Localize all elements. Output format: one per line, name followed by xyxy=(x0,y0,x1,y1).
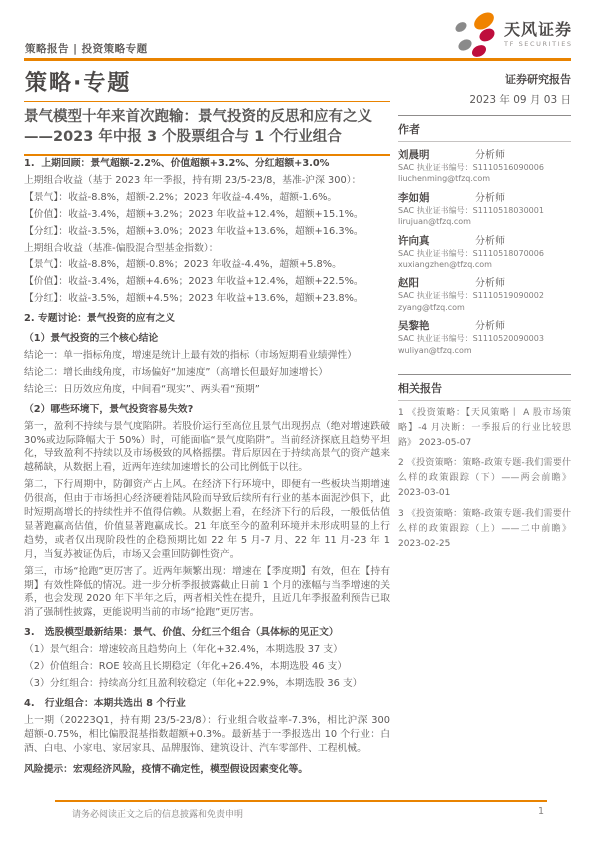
body-paragraph: （3）分红组合：持续高分红且盈利较稳定（年化+22.9%，本期选股 36 支） xyxy=(24,677,390,691)
author-name: 许向真 xyxy=(398,233,475,248)
section-heading: 3. 选股模型最新结果：景气、价值、分红三个组合（具体标的见正文） xyxy=(24,626,390,640)
section-heading: 1. 上期回顾：景气超额-2.2%、价值超额+3.2%、分红超额+3.0% xyxy=(24,157,390,171)
author-email: zyang@tfzq.com xyxy=(398,303,571,313)
body-paragraph: （1）景气组合：增速较高且趋势向上（年化+32.4%，本期选股 37 支） xyxy=(24,643,390,657)
tf-securities-logo: 天风证券 TF SECURITIES xyxy=(453,11,573,58)
report-date: 2023 年 09 月 03 日 xyxy=(398,92,571,107)
body-paragraph: 结论一：单一指标角度，增速是统计上最有效的指标（市场短期看业绩弹性） xyxy=(24,349,390,363)
page-number: 1 xyxy=(538,806,544,817)
related-report-index: 3 xyxy=(398,509,404,519)
body-paragraph: 【分红】：收益-3.5%，超额+4.5%；2023 年收益+13.6%，超额+2… xyxy=(24,292,390,306)
header-rule xyxy=(24,58,571,61)
author-sac: SAC 执业证书编号：S1110516090006 xyxy=(398,163,571,173)
authors-label: 作者 xyxy=(398,116,571,141)
body-paragraph: 第三，市场“抢跑”更厉害了。近两年频繁出现：增速在【季度期】有效，但在【持有期】… xyxy=(24,565,390,621)
author-sac: SAC 执业证书编号：S1110518030001 xyxy=(398,206,571,216)
section-heading: 4. 行业组合：本期共选出 8 个行业 xyxy=(24,697,390,711)
footer-rule xyxy=(55,800,547,802)
related-report-item: 3 《投资策略：策略-政策专题-我们需要什么样的政策跟踪（上）——二中前瞻》 2… xyxy=(398,507,571,552)
related-report-index: 2 xyxy=(398,458,404,468)
report-title: 景气模型十年来首次跑输：景气投资的反思和应有之义——2023 年中报 3 个股票… xyxy=(24,101,390,156)
author-email: lirujuan@tfzq.com xyxy=(398,217,571,227)
author-sac: SAC 执业证书编号：S1110518070006 xyxy=(398,249,571,259)
body-paragraph: 【价值】：收益-3.4%，超额+3.2%；2023 年收益+12.4%，超额+1… xyxy=(24,208,390,222)
author-role: 分析师 xyxy=(475,317,505,332)
body-paragraph: 上一期（20223Q1，持有期 23/5-23/8）：行业组合收益率-7.3%，… xyxy=(24,714,390,756)
author-role: 分析师 xyxy=(475,274,505,289)
section-heading: 2. 专题讨论：景气投资的应有之义 xyxy=(24,312,390,326)
brand-name: 天风证券 xyxy=(504,21,573,39)
report-sidebar: 证券研究报告 2023 年 09 月 03 日 作者 刘晨明 分析师 SAC 执… xyxy=(398,71,571,552)
body-paragraph: 【价值】：收益-3.4%，超额+4.6%；2023 年收益+12.4%，超额+2… xyxy=(24,275,390,289)
related-report-index: 1 xyxy=(398,408,404,418)
author-entry: 吴黎艳 分析师 SAC 执业证书编号：S1110520090003 wuliya… xyxy=(398,317,571,356)
author-entry: 赵阳 分析师 SAC 执业证书编号：S1110519090002 zyang@t… xyxy=(398,274,571,313)
sub-heading: （1）景气投资的三个核心结论 xyxy=(24,332,390,346)
author-entry: 刘晨明 分析师 SAC 执业证书编号：S1110516090006 liuche… xyxy=(398,146,571,185)
author-entry: 许向真 分析师 SAC 执业证书编号：S1110518070006 xuxian… xyxy=(398,232,571,271)
footer-disclaimer: 请务必阅读正文之后的信息披露和免责申明 xyxy=(72,807,243,820)
body-paragraph: 第二，下行周期中，防御资产占上风。在经济下行环境中，即便有一些板块当期增速仍很高… xyxy=(24,478,390,561)
author-sac: SAC 执业证书编号：S1110519090002 xyxy=(398,291,571,301)
sidebar-divider xyxy=(398,141,571,142)
body-paragraph: 结论二：增长曲线角度，市场偏好“加速度”（高增长但最好加速增长） xyxy=(24,366,390,380)
report-summary: 1. 上期回顾：景气超额-2.2%、价值超额+3.2%、分红超额+3.0% 上期… xyxy=(24,151,390,779)
related-reports-label: 相关报告 xyxy=(398,375,571,400)
author-email: wuliyan@tfzq.com xyxy=(398,346,571,356)
author-name: 赵阳 xyxy=(398,275,475,290)
related-report-title: 《投资策略：策略-政策专题-我们需要什么样的政策跟踪（下）——两会前瞻》 xyxy=(398,458,571,483)
author-role: 分析师 xyxy=(475,146,505,161)
author-email: liuchenming@tfzq.com xyxy=(398,174,571,184)
author-name: 刘晨明 xyxy=(398,147,475,162)
related-report-item: 2 《投资策略：策略-政策专题-我们需要什么样的政策跟踪（下）——两会前瞻》 2… xyxy=(398,456,571,501)
related-report-item: 1 《投资策略：【天风策略丨 A 股市场策略】-4 月决断：一季报后的行业比较思… xyxy=(398,406,571,451)
page-title: 策略·专题 xyxy=(25,66,131,97)
report-type-label: 证券研究报告 xyxy=(398,71,571,87)
body-paragraph: 上期组合收益（基于 2023 年一季报，持有期 23/5-23/8，基准-沪深 … xyxy=(24,174,390,188)
author-email: xuxiangzhen@tfzq.com xyxy=(398,260,571,270)
risk-warning: 风险提示：宏观经济风险，疫情不确定性，模型假设因素变化等。 xyxy=(24,763,390,777)
author-role: 分析师 xyxy=(475,189,505,204)
author-entry: 李如娟 分析师 SAC 执业证书编号：S1110518030001 liruju… xyxy=(398,189,571,228)
brand-name-en: TF SECURITIES xyxy=(504,40,573,48)
body-paragraph: 结论三：日历效应角度，中间看“现实”、两头看“预期” xyxy=(24,383,390,397)
author-sac: SAC 执业证书编号：S1110520090003 xyxy=(398,334,571,344)
related-report-date: 2023-02-25 xyxy=(398,539,450,549)
sub-heading: （2）哪些环境下，景气投资容易失效? xyxy=(24,403,390,417)
author-role: 分析师 xyxy=(475,232,505,247)
body-paragraph: 【景气】：收益-8.8%，超额-2.2%；2023 年收益-4.4%，超额-1.… xyxy=(24,191,390,205)
body-paragraph: 【景气】：收益-8.8%，超额-0.8%；2023 年收益-4.4%，超额+5.… xyxy=(24,258,390,272)
report-page: 策略报告 | 投资策略专题 天风证券 TF SECURITIES 策略·专题 景… xyxy=(0,0,595,841)
body-paragraph: （2）价值组合：ROE 较高且长期稳定（年化+26.4%，本期选股 46 支） xyxy=(24,660,390,674)
sidebar-divider xyxy=(398,400,571,401)
body-paragraph: 【分红】：收益-3.5%，超额+3.0%；2023 年收益+13.6%，超额+1… xyxy=(24,225,390,239)
related-report-title: 《投资策略：策略-政策专题-我们需要什么样的政策跟踪（上）——二中前瞻》 xyxy=(398,509,571,534)
body-paragraph: 第一，盈利不持续与景气度陷阱。若股价运行至高位且景气出现拐点（绝对增速跌破 30… xyxy=(24,420,390,476)
header-category-label: 策略报告 | 投资策略专题 xyxy=(25,41,148,56)
author-name: 吴黎艳 xyxy=(398,318,475,333)
author-name: 李如娟 xyxy=(398,190,475,205)
related-report-date: 2023-03-01 xyxy=(398,488,450,498)
tf-logo-icon xyxy=(453,11,499,58)
body-paragraph: 上期组合收益（基准-偏股混合型基金指数）： xyxy=(24,242,390,256)
related-report-date: 2023-05-07 xyxy=(419,438,471,448)
